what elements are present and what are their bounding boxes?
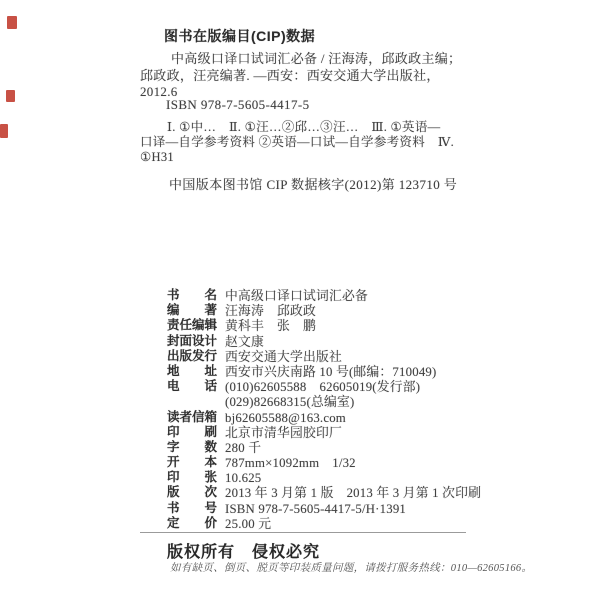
colophon-row: 电 话(010)62605588 62605019(发行部) <box>167 379 567 394</box>
colophon-row-label: 编 著 <box>167 303 218 318</box>
colophon-row: 书 名中高级口译口试词汇必备 <box>167 288 567 303</box>
cip-isbn: ISBN 978-7-5605-4417-5 <box>166 97 310 113</box>
colophon-row-value: 10.625 <box>225 471 261 486</box>
colophon-row-value: 西安交通大学出版社 <box>225 350 342 365</box>
cip-classification-line: ①H31 <box>140 150 475 165</box>
colophon-row-value: 787mm×1092mm 1/32 <box>225 456 356 471</box>
colophon-row-label: 责任编辑 <box>167 318 218 333</box>
colophon-row-value: 汪海涛 邱政政 <box>225 304 316 319</box>
copyright-page: 图书在版编目(CIP)数据 中高级口译口试词汇必备 / 汪海涛，邱政政主编；邱政… <box>0 0 600 600</box>
colophon-row: 定 价25.00 元 <box>167 516 567 531</box>
colophon-row: 读者信箱bj62605588@163.com <box>167 410 567 425</box>
cip-classification-line: 口译—自学参考资料 ②英语—口试—自学参考资料 Ⅳ. <box>140 135 475 150</box>
colophon-row-label: 版 次 <box>167 485 218 500</box>
cip-record-number: 中国版本图书馆 CIP 数据核字(2012)第 123710 号 <box>169 174 457 193</box>
cip-description: 中高级口译口试词汇必备 / 汪海涛，邱政政主编；邱政政，汪亮编著. —西安：西安… <box>140 51 470 101</box>
colophon-row-label: 出版发行 <box>167 349 218 364</box>
colophon-row-label: 地 址 <box>167 364 218 379</box>
colophon-row: 责任编辑黄科丰 张 鹏 <box>167 318 567 333</box>
colophon-row-label: 封面设计 <box>167 334 218 349</box>
cip-classification: Ⅰ. ①中… Ⅱ. ①汪…②邱…③汪… Ⅲ. ①英语—口译—自学参考资料 ②英语… <box>140 120 475 166</box>
colophon-row-label: 开 本 <box>167 455 218 470</box>
colophon-row-value: (010)62605588 62605019(发行部) <box>225 380 420 395</box>
colophon-row-value: 2013 年 3 月第 1 版 2013 年 3 月第 1 次印刷 <box>225 486 481 501</box>
red-scan-artifact <box>0 124 8 138</box>
colophon-row: 开 本787mm×1092mm 1/32 <box>167 455 567 470</box>
colophon-row: 编 著汪海涛 邱政政 <box>167 303 567 318</box>
colophon-row-label: 书 名 <box>167 288 218 303</box>
colophon-row-value: 北京市清华园胶印厂 <box>225 426 342 441</box>
colophon-row-label: 字 数 <box>167 440 218 455</box>
colophon-row-value: 25.00 元 <box>225 517 271 532</box>
colophon-row: 字 数280 千 <box>167 440 567 455</box>
colophon-row: 印 张10.625 <box>167 470 567 485</box>
divider-line <box>140 532 466 533</box>
colophon-row: (029)82668315(总编室) <box>167 394 567 409</box>
colophon-row-label: 印 刷 <box>167 425 218 440</box>
colophon-row-value: 280 千 <box>225 441 261 456</box>
cip-description-line: 中高级口译口试词汇必备 / 汪海涛，邱政政主编； <box>140 51 470 68</box>
colophon-row-value: 中高级口译口试词汇必备 <box>225 289 368 304</box>
colophon-row: 地 址西安市兴庆南路 10 号(邮编：710049) <box>167 364 567 379</box>
colophon-row-value: 西安市兴庆南路 10 号(邮编：710049) <box>225 365 436 380</box>
red-scan-artifact <box>6 90 15 102</box>
colophon-row: 印 刷北京市清华园胶印厂 <box>167 425 567 440</box>
colophon-row-label: 定 价 <box>167 516 218 531</box>
colophon-row-label: 电 话 <box>167 379 218 394</box>
copyright-notice: 版权所有 侵权必究 <box>167 539 320 562</box>
colophon-row-label: 印 张 <box>167 470 218 485</box>
colophon-row: 出版发行西安交通大学出版社 <box>167 349 567 364</box>
colophon-row-value: (029)82668315(总编室) <box>225 395 354 410</box>
red-scan-artifact <box>7 16 17 29</box>
colophon-row: 书 号ISBN 978-7-5605-4417-5/H·1391 <box>167 501 567 516</box>
colophon-row-label: 读者信箱 <box>167 410 218 425</box>
cip-classification-line: Ⅰ. ①中… Ⅱ. ①汪…②邱…③汪… Ⅲ. ①英语— <box>140 120 475 135</box>
service-hotline-notice: 如有缺页、倒页、脱页等印装质量问题，请拨打服务热线：010—62605166。 <box>170 560 532 575</box>
colophon-row-value: ISBN 978-7-5605-4417-5/H·1391 <box>225 502 406 517</box>
colophon-row-value: 赵文康 <box>225 335 264 350</box>
cip-heading: 图书在版编目(CIP)数据 <box>164 26 315 46</box>
colophon-row-value: 黄科丰 张 鹏 <box>225 319 316 334</box>
colophon-table: 书 名中高级口译口试词汇必备编 著汪海涛 邱政政责任编辑黄科丰 张 鹏封面设计赵… <box>167 288 567 531</box>
cip-description-line: 邱政政，汪亮编著. —西安：西安交通大学出版社， <box>140 68 470 85</box>
colophon-row-value: bj62605588@163.com <box>225 411 346 426</box>
colophon-row: 版 次2013 年 3 月第 1 版 2013 年 3 月第 1 次印刷 <box>167 485 567 500</box>
colophon-row: 封面设计赵文康 <box>167 334 567 349</box>
colophon-row-label: 书 号 <box>167 501 218 516</box>
